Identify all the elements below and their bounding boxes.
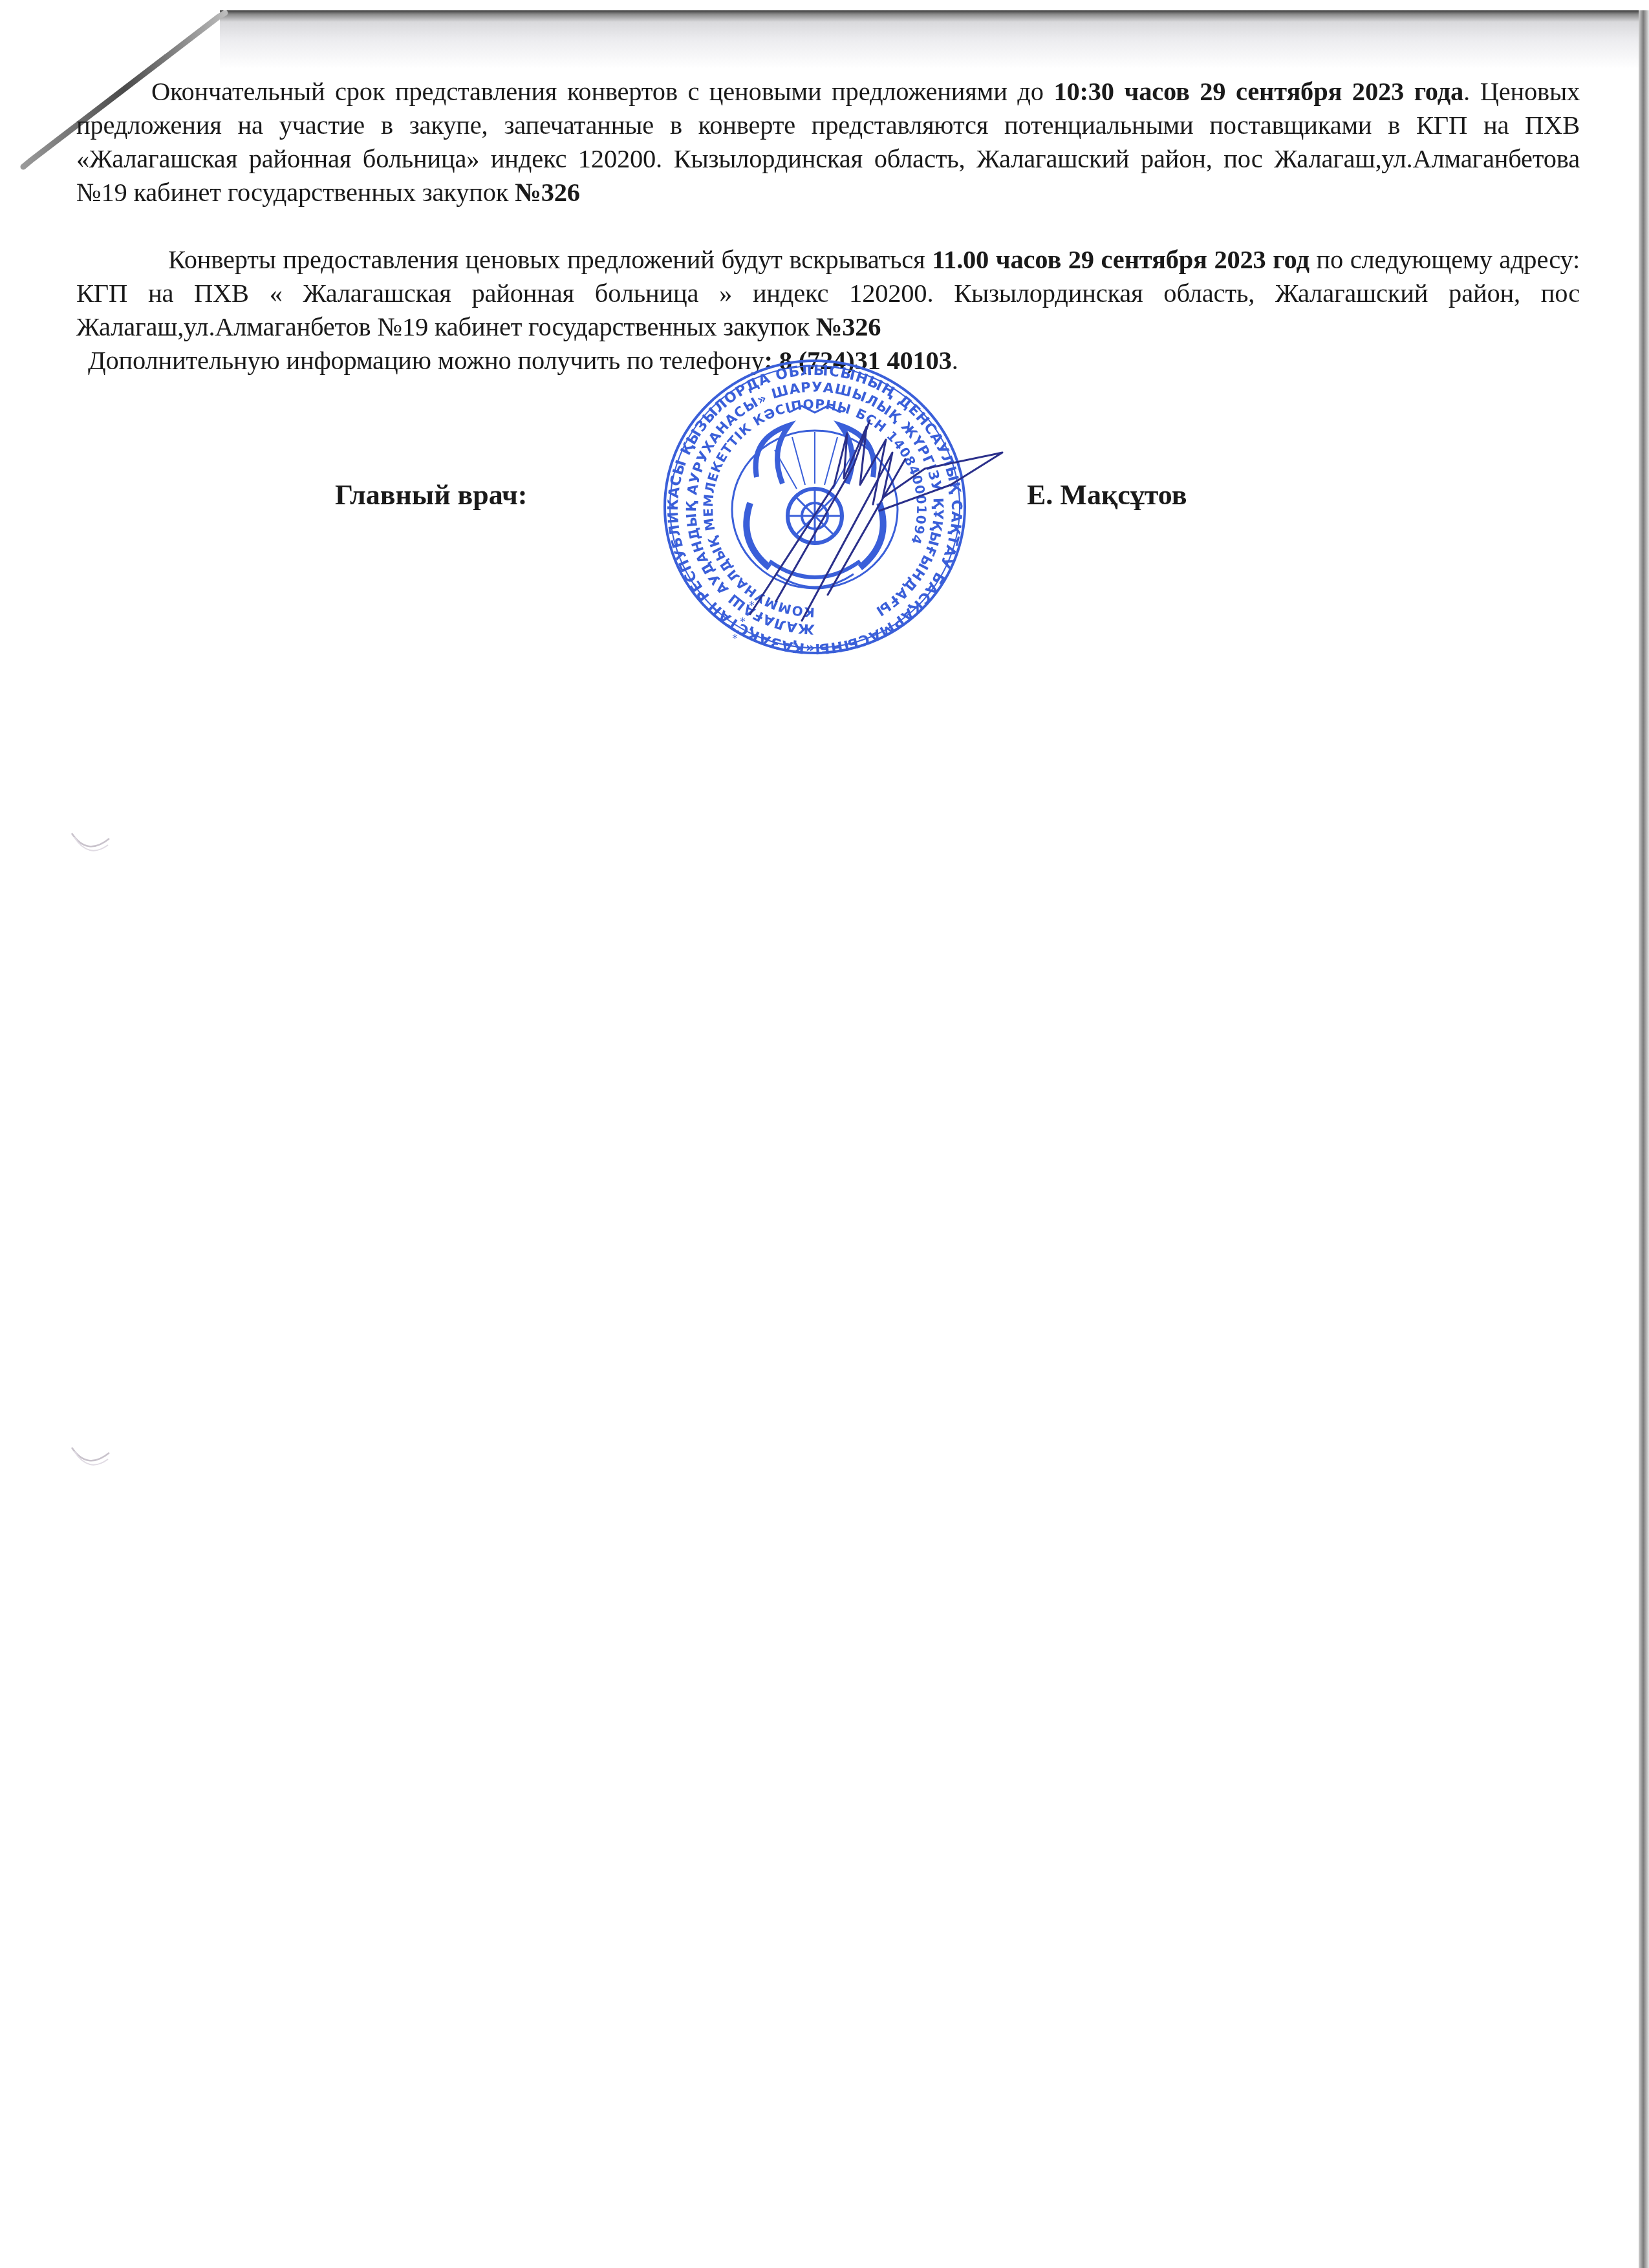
- signatory-name: Е. Мақсұтов: [1027, 478, 1187, 511]
- signatory-role: Главный врач:: [335, 478, 527, 511]
- hole-punch-mark: [68, 1445, 113, 1471]
- svg-text:*: *: [732, 632, 738, 645]
- submission-deadline: 10:30 часов 29 сентября 2023 года: [1053, 77, 1463, 106]
- paragraph-text: Окончательный срок представления конверт…: [151, 77, 1053, 106]
- scan-top-shadow: [220, 10, 1649, 69]
- hole-punch-mark: [68, 831, 113, 857]
- office-number: №326: [816, 312, 881, 341]
- envelope-opening-paragraph: Конверты предоставления ценовых предложе…: [76, 243, 1580, 344]
- scan-right-edge: [1639, 10, 1649, 2268]
- opening-time: 11.00 часов 29 сентября 2023 год: [932, 245, 1309, 274]
- signature-block: Главный врач: Е. Мақсұтов: [0, 478, 1649, 517]
- handwritten-signature: [737, 407, 1009, 627]
- paragraph-text: Конверты предоставления ценовых предложе…: [168, 245, 932, 274]
- office-number: №326: [515, 178, 580, 207]
- document-body: Окончательный срок представления конверт…: [76, 75, 1580, 378]
- submission-deadline-paragraph: Окончательный срок представления конверт…: [76, 75, 1580, 209]
